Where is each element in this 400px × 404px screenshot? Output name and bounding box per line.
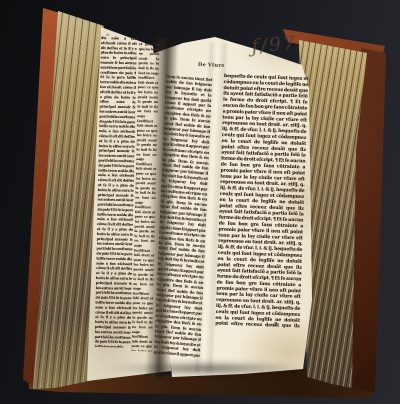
left-page-corner-mark: D <box>106 32 109 37</box>
photo-of-open-book: die mõe a ſon eſcheoit cõme il eſt dit d… <box>0 0 400 404</box>
handwritten-foliation-mark: ƒ/97 <box>251 29 334 72</box>
page-bottom-shadow <box>84 362 332 378</box>
signature-mark: P <box>274 322 278 327</box>
right-page-outer-text-column: bequeſts de ceulx qui ſont iugez et cõda… <box>215 73 308 328</box>
left-page-outer-text-column: die mõe a ſon eſcheoit cõme il eſt dit d… <box>94 36 137 348</box>
running-header: De Vſure <box>198 62 233 69</box>
